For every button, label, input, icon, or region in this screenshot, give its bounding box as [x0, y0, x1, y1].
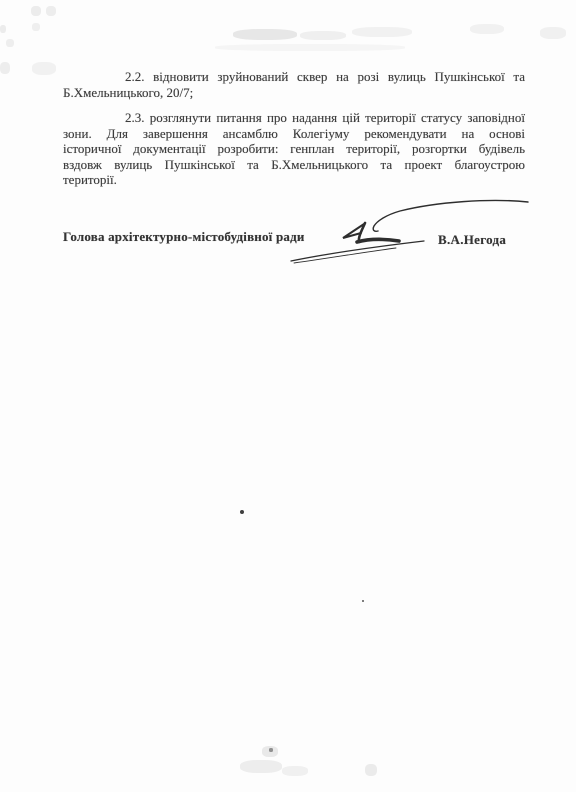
scan-smudge [31, 6, 41, 16]
scan-smudge [352, 27, 412, 37]
scan-smudge [240, 760, 282, 773]
scan-smudge [215, 44, 405, 51]
scan-smudge [0, 25, 6, 33]
scan-smudge [300, 31, 346, 40]
scanned-document-page: 2.2. відновити зруйнований сквер на розі… [0, 0, 576, 792]
scan-smudge [6, 39, 14, 47]
signatory-title: Голова архітектурно-містобудівної ради [63, 229, 305, 245]
paragraph-line: Б.Хмельницького, 20/7; [63, 85, 525, 101]
signatory-name: В.А.Негода [438, 232, 506, 248]
paragraph-line: території. [63, 172, 525, 188]
paragraph-line: історичної документації розробити: генпл… [63, 141, 525, 157]
scan-smudge [365, 764, 377, 776]
paragraph-line: зони. Для завершення ансамблю Колегіуму … [63, 126, 525, 142]
document-body: 2.2. відновити зруйнований сквер на розі… [63, 69, 525, 198]
scan-smudge [32, 62, 56, 75]
handwritten-signature [283, 193, 533, 268]
scan-smudge [282, 766, 308, 776]
scan-speck [269, 748, 273, 752]
scan-smudge [32, 23, 40, 31]
scan-smudge [470, 24, 504, 34]
ink-speck [362, 600, 364, 602]
paragraph-2-3: 2.3. розглянути питання про надання цій … [63, 110, 525, 188]
ink-speck [240, 510, 244, 514]
paragraph-line: 2.2. відновити зруйнований сквер на розі… [63, 69, 525, 85]
paragraph-line: 2.3. розглянути питання про надання цій … [63, 110, 525, 126]
scan-smudge [233, 29, 297, 40]
scan-smudge [540, 27, 566, 39]
paragraph-line: вздовж вулиць Пушкінської та Б.Хмельниць… [63, 157, 525, 173]
scan-smudge [0, 62, 10, 74]
scan-smudge [46, 6, 56, 16]
paragraph-2-2: 2.2. відновити зруйнований сквер на розі… [63, 69, 525, 100]
